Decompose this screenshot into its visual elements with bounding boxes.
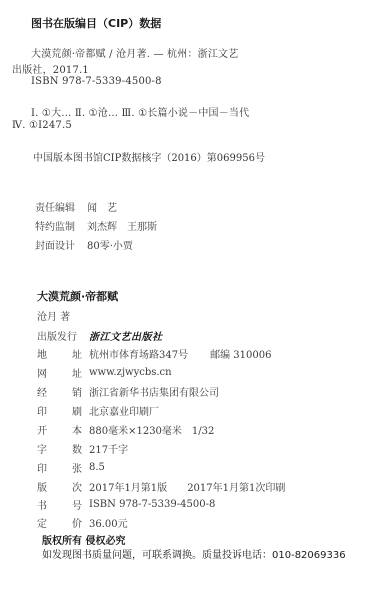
cip-heading: 图书在版编目（CIP）数据 <box>31 15 161 31</box>
credit-row-supervisor: 特约监制 刘杰辉 王那斯 <box>35 218 157 233</box>
copyright-page: 图书在版编目（CIP）数据 大漠荒颜·帝都赋 / 沧月著. — 杭州：浙江文艺 … <box>0 0 375 589</box>
info-label: 开本 <box>37 422 82 437</box>
info-value-website: www.zjwycbs.cn <box>89 367 172 378</box>
info-row-printer: 印刷 北京嘉业印刷厂 <box>37 403 159 417</box>
info-value: 北京嘉业印刷厂 <box>89 403 159 418</box>
credit-label: 特约监制 <box>35 218 78 233</box>
info-row-distributor: 经销 浙江省新华书店集团有限公司 <box>37 384 219 398</box>
info-value: 8.5 <box>89 462 105 473</box>
book-title: 大漠荒颜·帝都赋 <box>37 288 118 304</box>
info-row-word-count: 字数 217千字 <box>37 441 128 455</box>
cip-line-subjects: Ⅰ. ①大… Ⅱ. ①沧… Ⅲ. ①长篇小说－中国－当代 <box>31 104 249 119</box>
info-label: 定价 <box>37 515 82 530</box>
info-label: 书号 <box>37 497 82 512</box>
cip-line-title: 大漠荒颜·帝都赋 / 沧月著. — 杭州：浙江文艺 <box>31 45 238 60</box>
credit-value: 闻 艺 <box>87 199 117 214</box>
credit-value: 刘杰辉 王那斯 <box>87 218 157 233</box>
info-label: 印刷 <box>37 403 82 418</box>
info-label: 字数 <box>37 441 82 456</box>
info-label: 经销 <box>37 384 82 399</box>
credit-row-editor: 责任编辑 闻 艺 <box>35 199 117 214</box>
info-value: 36.00元 <box>89 515 128 530</box>
info-value: 杭州市体育场路347号 <box>89 346 188 361</box>
info-row-address: 地址 杭州市体育场路347号 邮编 310006 <box>37 346 271 360</box>
info-value: ISBN 978-7-5339-4500-8 <box>89 499 215 510</box>
info-row-publisher: 出版发行 浙江文艺出版社 <box>37 328 163 342</box>
info-value: 浙江省新华书店集团有限公司 <box>89 384 219 399</box>
cip-line-isbn: ISBN 978-7-5339-4500-8 <box>31 76 162 87</box>
info-row-isbn: 书号 ISBN 978-7-5339-4500-8 <box>37 497 215 511</box>
credit-label: 责任编辑 <box>35 199 78 214</box>
quality-complaint-notice: 如发现图书质量问题，可联系调换。质量投诉电话：010-82069336 <box>42 546 346 561</box>
info-row-price: 定价 36.00元 <box>37 515 128 529</box>
info-label: 版次 <box>37 479 82 494</box>
info-extra-postcode: 邮编 310006 <box>210 346 271 361</box>
info-row-sheets: 印张 8.5 <box>37 460 105 474</box>
info-label: 出版发行 <box>37 328 82 343</box>
info-row-edition: 版次 2017年1月第1版 2017年1月第1次印刷 <box>37 479 285 493</box>
cip-verification-number: 中国版本图书馆CIP数据核字（2016）第069956号 <box>33 149 265 164</box>
cip-line-classification: Ⅳ. ①I247.5 <box>12 120 72 131</box>
credit-row-cover-design: 封面设计 80零·小贾 <box>35 237 133 252</box>
info-value: 880毫米×1230毫米 1/32 <box>89 422 214 437</box>
publisher-logo: 浙江文艺出版社 <box>89 328 163 343</box>
info-label: 地址 <box>37 346 82 361</box>
info-value: 2017年1月第1版 <box>89 479 167 494</box>
credit-value: 80零·小贾 <box>87 237 133 252</box>
info-label: 网址 <box>37 365 82 380</box>
book-author: 沧月 著 <box>37 308 70 323</box>
info-label: 印张 <box>37 460 82 475</box>
info-extra-printing: 2017年1月第1次印刷 <box>187 479 285 494</box>
info-row-format: 开本 880毫米×1230毫米 1/32 <box>37 422 214 436</box>
cip-line-publisher: 出版社，2017.1 <box>12 61 89 76</box>
credit-label: 封面设计 <box>35 237 78 252</box>
copyright-notice: 版权所有 侵权必究 <box>42 532 125 547</box>
info-value: 217千字 <box>89 441 128 456</box>
info-row-website: 网址 www.zjwycbs.cn <box>37 365 172 379</box>
